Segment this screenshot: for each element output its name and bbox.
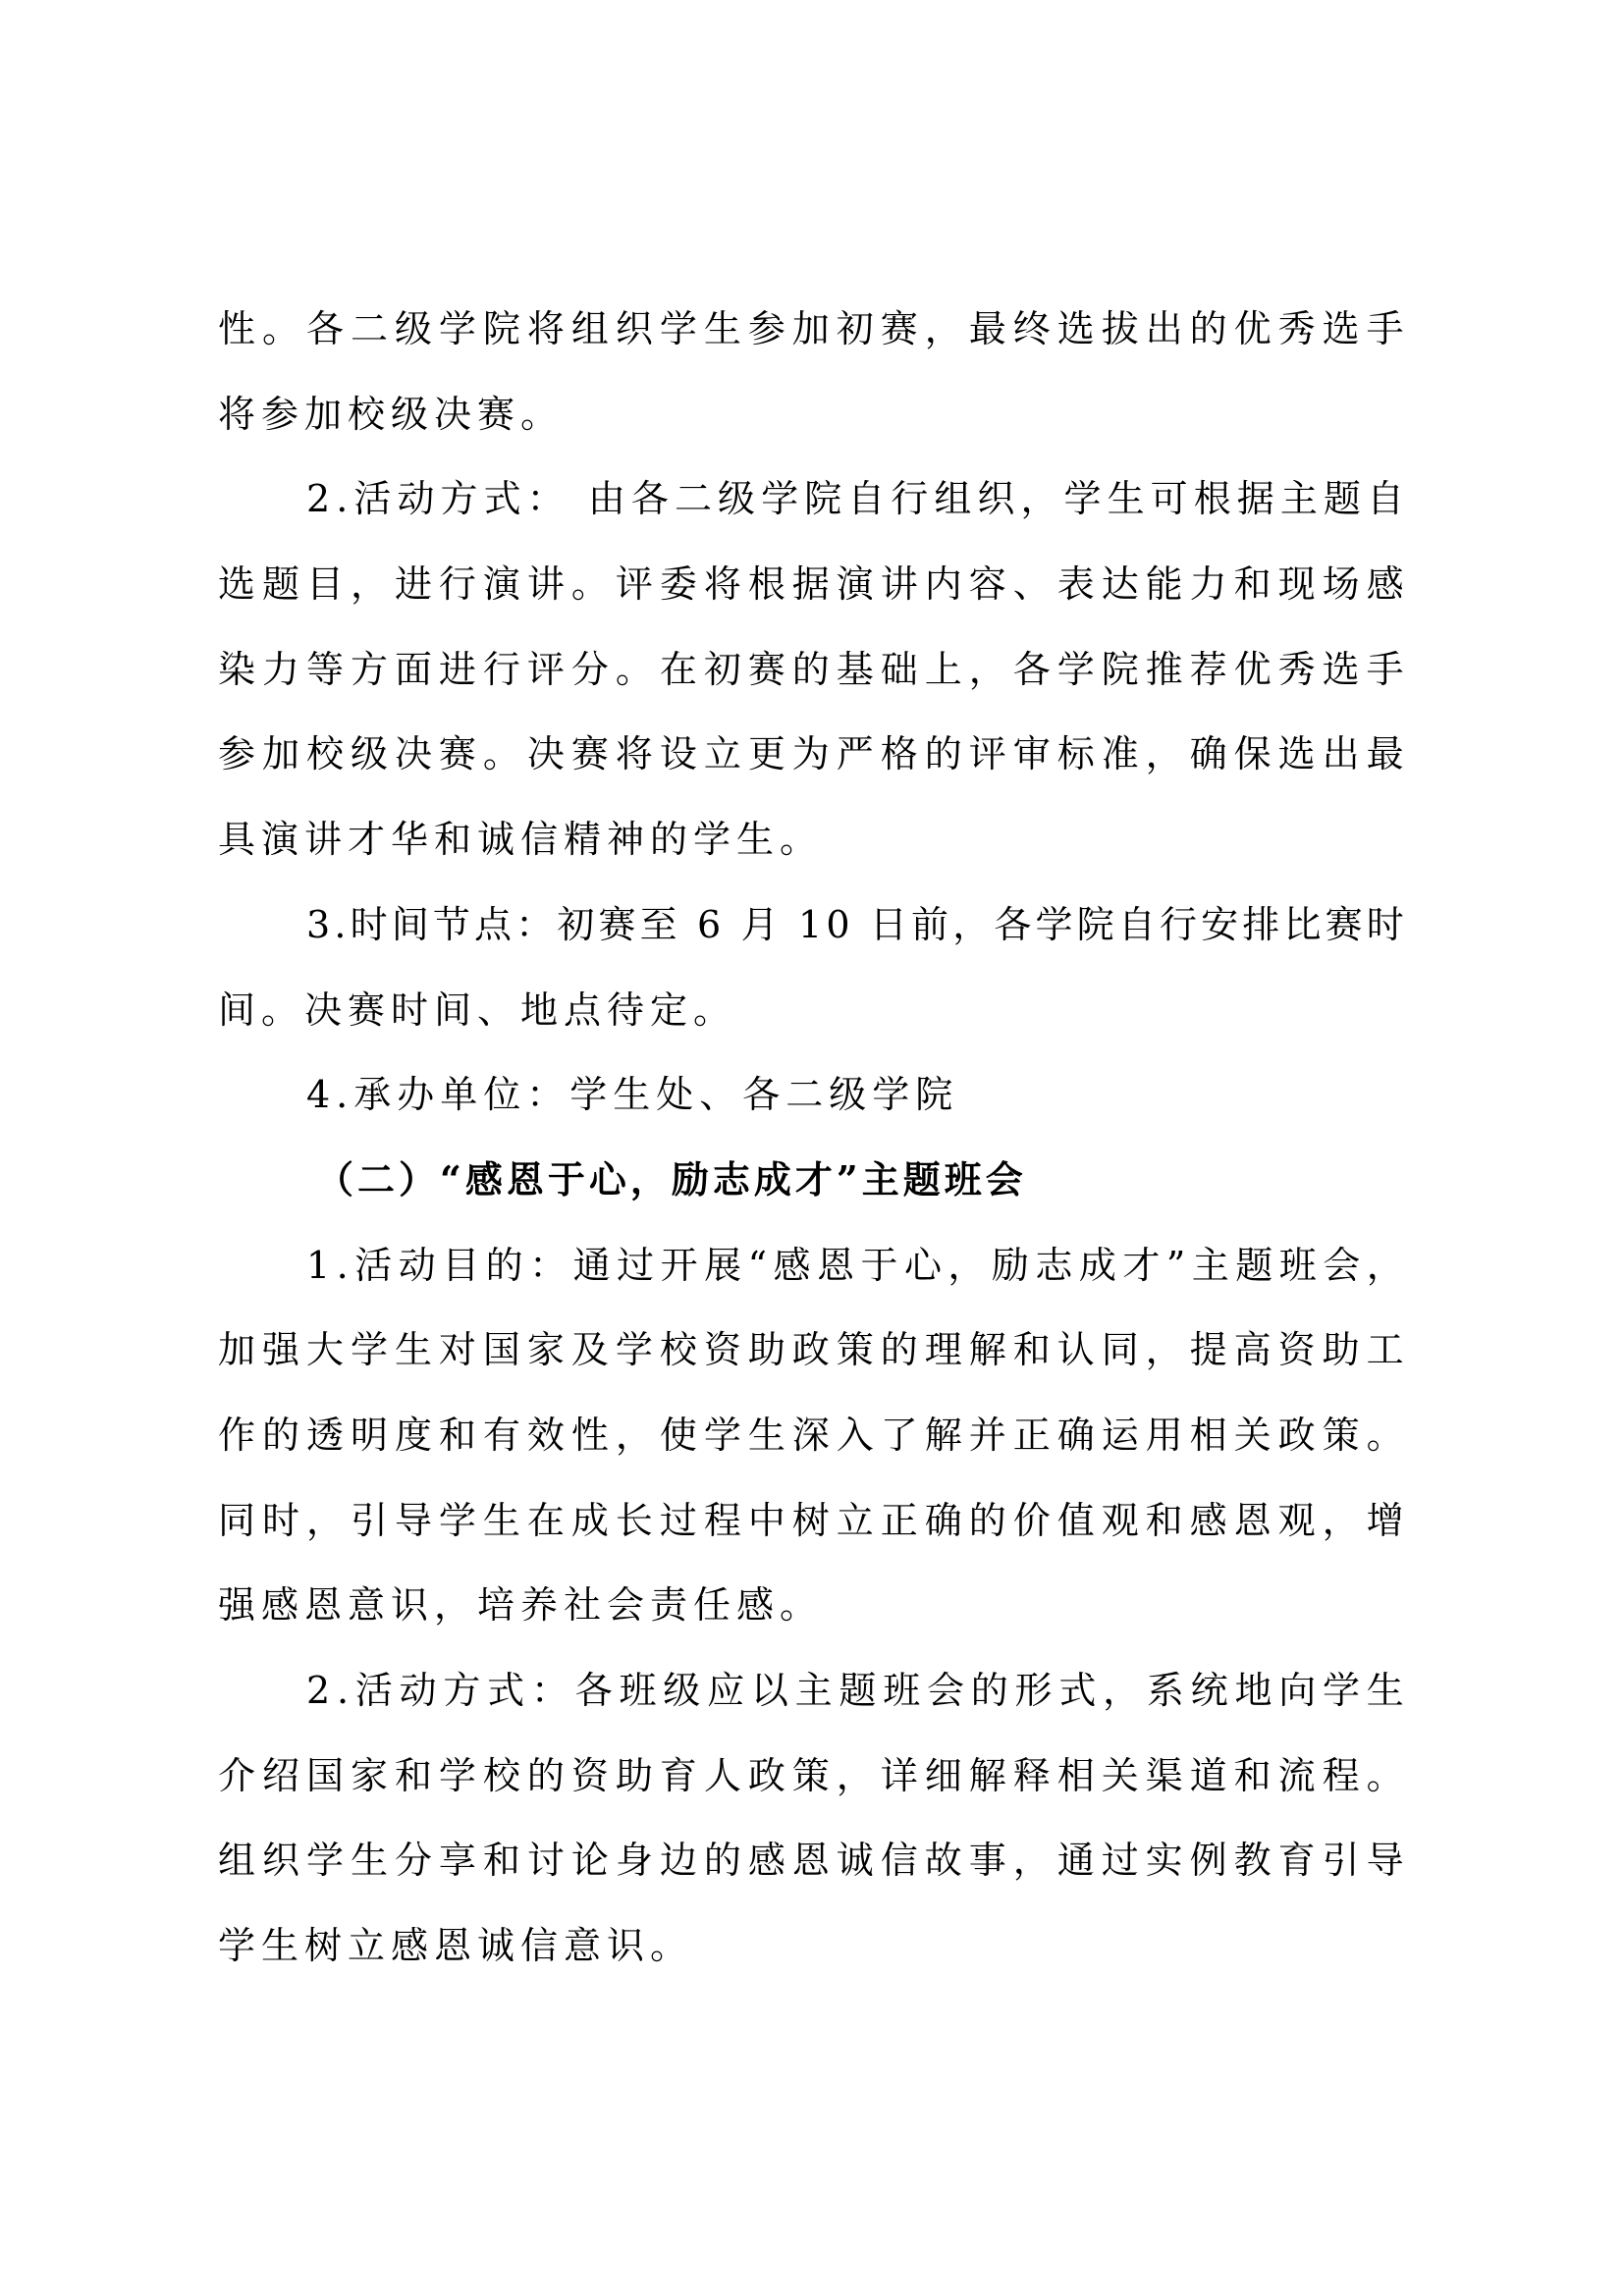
glyph: 时 [262, 1478, 299, 1564]
glyph: 基 [837, 627, 874, 713]
glyph: 级 [395, 287, 432, 372]
glyph: 。 [1367, 1393, 1404, 1478]
glyph: 将 [616, 712, 653, 797]
glyph: 演 [837, 542, 874, 627]
glyph: 初 [704, 627, 741, 713]
glyph: 至 [640, 882, 677, 968]
glyph: 引 [351, 1478, 388, 1564]
glyph: 。 [571, 542, 609, 627]
glyph: 生 [395, 1308, 432, 1393]
glyph: 同 [218, 1478, 255, 1564]
paragraph-line: 参加校级决赛。决赛将设立更为严格的评审标准，确保选出最 [218, 712, 1404, 797]
glyph: 的 [1190, 287, 1227, 372]
glyph: 成 [571, 1478, 609, 1564]
paragraph-line: 染力等方面进行评分。在初赛的基础上，各学院推荐优秀选手 [218, 627, 1404, 713]
glyph: 0 [826, 882, 849, 968]
glyph: 赛 [571, 712, 609, 797]
glyph: 立 [704, 712, 741, 797]
glyph: 学 [1323, 1648, 1360, 1734]
glyph: 力 [1190, 542, 1227, 627]
glyph [783, 882, 794, 968]
glyph: 院 [1077, 882, 1114, 968]
glyph: 学 [761, 456, 798, 542]
glyph: 在 [660, 627, 697, 713]
glyph: 解 [969, 1734, 1006, 1819]
glyph: 的 [881, 1308, 918, 1393]
glyph: 容 [969, 542, 1006, 627]
glyph: 主 [1280, 456, 1318, 542]
paragraph-line: 作的透明度和有效性，使学生深入了解并正确运用相关政策。 [218, 1393, 1404, 1478]
glyph: 讲 [881, 542, 918, 627]
glyph: 动 [400, 1648, 437, 1734]
glyph: 行 [439, 542, 476, 627]
glyph: 生 [351, 1818, 388, 1903]
glyph: 分 [571, 627, 609, 713]
glyph: 工 [1367, 1308, 1404, 1393]
glyph: 助 [1323, 1308, 1360, 1393]
glyph: 的 [527, 1734, 565, 1819]
glyph: 二 [351, 287, 388, 372]
glyph: 和 [483, 1818, 520, 1903]
glyph: 题 [1235, 1223, 1272, 1308]
glyph: 身 [616, 1818, 653, 1903]
glyph: 式 [487, 1648, 524, 1734]
glyph: 学 [439, 1734, 476, 1819]
glyph: 决 [395, 712, 432, 797]
paragraph-line: 介绍国家和学校的资助育人政策，详细解释相关渠道和流程。 [218, 1734, 1404, 1819]
glyph: 解 [969, 1308, 1006, 1393]
glyph: 最 [969, 287, 1006, 372]
glyph: 将 [527, 287, 565, 372]
glyph: 能 [1146, 542, 1183, 627]
glyph: 的 [704, 1818, 741, 1903]
glyph: 赛 [439, 712, 476, 797]
glyph: 设 [660, 712, 697, 797]
glyph: ， [306, 1478, 344, 1564]
heading-text: （二）“感恩于心，励志成才”主题班会 [316, 1157, 1027, 1201]
glyph: 秀 [1278, 287, 1316, 372]
glyph: 1 [306, 1223, 330, 1308]
glyph: 和 [1234, 1734, 1272, 1819]
glyph: 生 [483, 1478, 520, 1564]
glyph: 度 [395, 1393, 432, 1478]
glyph: 间 [392, 882, 429, 968]
glyph: 推 [1146, 627, 1183, 713]
glyph: . [334, 882, 346, 968]
glyph: 政 [748, 1734, 785, 1819]
glyph: 中 [748, 1478, 785, 1564]
glyph: 进 [439, 627, 476, 713]
glyph: 格 [881, 712, 918, 797]
glyph: 终 [1013, 287, 1051, 372]
glyph: 活 [355, 1648, 393, 1734]
glyph: 的 [969, 1478, 1006, 1564]
glyph: 前 [911, 882, 948, 968]
paragraph-line: 具演讲才华和诚信精神的学生。 [218, 797, 1404, 882]
glyph: 会 [927, 1648, 964, 1734]
glyph: 赛 [1326, 882, 1363, 968]
glyph: 详 [881, 1734, 918, 1819]
glyph: 院 [804, 456, 841, 542]
glyph: 观 [1102, 1478, 1139, 1564]
glyph: . [337, 1648, 349, 1734]
glyph: 据 [1237, 456, 1274, 542]
glyph: 讲 [527, 542, 565, 627]
glyph: 学 [351, 1308, 388, 1393]
glyph: 学 [306, 1818, 344, 1903]
glyph [570, 456, 582, 542]
glyph: 恩 [1234, 1478, 1272, 1564]
glyph: 优 [1234, 627, 1272, 713]
glyph: 荐 [1190, 627, 1227, 713]
glyph: 关 [1102, 1734, 1139, 1819]
glyph: 性 [571, 1393, 609, 1478]
glyph: 加 [218, 1308, 255, 1393]
section-heading: （二）“感恩于心，励志成才”主题班会 [218, 1138, 1404, 1223]
glyph: 助 [616, 1734, 653, 1819]
glyph: 现 [1278, 542, 1316, 627]
glyph: 引 [1323, 1818, 1360, 1903]
line-text: 学生树立感恩诚信意识。 [218, 1924, 693, 1967]
glyph: 有 [483, 1393, 520, 1478]
glyph: 生 [748, 1393, 785, 1478]
glyph: 了 [881, 1393, 918, 1478]
glyph: 性 [218, 287, 255, 372]
glyph: 最 [1367, 712, 1404, 797]
glyph: 的 [925, 712, 962, 797]
glyph: 各 [631, 456, 669, 542]
glyph: 选 [218, 542, 255, 627]
glyph: 3 [306, 882, 330, 968]
glyph: 助 [748, 1308, 785, 1393]
glyph [854, 882, 866, 968]
glyph: 主 [795, 1648, 833, 1734]
glyph: 程 [704, 1478, 741, 1564]
glyph: ： [529, 1223, 567, 1308]
glyph: 。 [483, 712, 520, 797]
paragraph-line: 间。决赛时间、地点待定。 [218, 968, 1404, 1053]
glyph: 二 [675, 456, 712, 542]
glyph: 为 [792, 712, 830, 797]
glyph: 释 [1013, 1734, 1051, 1819]
glyph: 优 [1234, 287, 1272, 372]
paragraph-line: 性。各二级学院将组织学生参加初赛，最终选拔出的优秀选手 [218, 287, 1404, 372]
glyph: . [336, 456, 348, 542]
glyph: ， [1146, 1308, 1183, 1393]
glyph: 根 [1194, 456, 1231, 542]
glyph: 边 [660, 1818, 697, 1903]
glyph: 级 [718, 456, 755, 542]
glyph: 初 [837, 287, 874, 372]
glyph: 评 [527, 627, 565, 713]
glyph: 和 [1234, 542, 1272, 627]
glyph: 校 [306, 712, 344, 797]
glyph: 上 [925, 627, 962, 713]
glyph: 导 [1367, 1818, 1404, 1903]
glyph: 场 [1323, 542, 1360, 627]
glyph: ， [969, 627, 1006, 713]
document-page: 性。各二级学院将组织学生参加初赛，最终选拔出的优秀选手 将参加校级决赛。 2.活… [0, 0, 1624, 2296]
glyph: 确 [1057, 1393, 1095, 1478]
glyph: 展 [704, 1223, 741, 1308]
glyph: 理 [925, 1308, 962, 1393]
glyph: 动 [397, 456, 434, 542]
glyph: 进 [395, 542, 432, 627]
glyph: 校 [483, 1734, 520, 1819]
glyph: 绍 [262, 1734, 299, 1819]
glyph: 决 [527, 712, 565, 797]
glyph: 通 [1057, 1818, 1095, 1903]
glyph: 政 [1278, 1393, 1316, 1478]
glyph: 形 [1015, 1648, 1053, 1734]
glyph: 组 [934, 456, 971, 542]
glyph: 标 [1057, 712, 1095, 797]
glyph: 生 [1367, 1648, 1404, 1734]
glyph: 渠 [1146, 1734, 1183, 1819]
glyph: 学 [1064, 456, 1102, 542]
glyph: 式 [1058, 1648, 1096, 1734]
glyph: 高 [1234, 1308, 1272, 1393]
line-text: 强感恩意识，培养社会责任感。 [218, 1583, 823, 1627]
glyph: 秀 [1278, 627, 1316, 713]
glyph: 的 [262, 1393, 299, 1478]
paragraph-line: 3.时间节点：初赛至 6 月 10 日前，各学院自行安排比赛时 [218, 882, 1404, 968]
glyph: 选 [1057, 287, 1095, 372]
glyph: 行 [1160, 882, 1197, 968]
glyph: 活 [353, 456, 391, 542]
glyph: 学 [704, 1393, 741, 1478]
glyph: 目 [442, 1223, 479, 1308]
glyph: ： [515, 882, 553, 968]
glyph: 并 [969, 1393, 1006, 1478]
glyph: 相 [1057, 1734, 1095, 1819]
glyph: 赛 [599, 882, 636, 968]
glyph: 织 [977, 456, 1014, 542]
paragraph-line: 同时，引导学生在成长过程中树立正确的价值观和感恩观，增 [218, 1478, 1404, 1564]
glyph: 各 [994, 882, 1031, 968]
glyph: 国 [483, 1308, 520, 1393]
glyph: 组 [218, 1818, 255, 1903]
glyph: 由 [588, 456, 625, 542]
glyph: 价 [1013, 1478, 1051, 1564]
glyph: 增 [1367, 1478, 1404, 1564]
glyph: 相 [1190, 1393, 1227, 1478]
glyph: 月 [741, 882, 779, 968]
glyph: 生 [704, 287, 741, 372]
glyph: 国 [306, 1734, 344, 1819]
glyph: 2 [306, 1648, 330, 1734]
glyph: 介 [218, 1734, 255, 1819]
glyph: 2 [306, 456, 330, 542]
glyph: 级 [351, 712, 388, 797]
glyph: 于 [860, 1223, 897, 1308]
glyph: 强 [262, 1308, 299, 1393]
glyph: 选 [1278, 712, 1316, 797]
glyph: 感 [1190, 1478, 1227, 1564]
glyph: 参 [748, 287, 785, 372]
paragraph-line: 1.活动目的：通过开展“感恩于心，励志成才”主题班会， [218, 1223, 1404, 1308]
glyph: 导 [395, 1478, 432, 1564]
glyph: 过 [1102, 1818, 1139, 1903]
glyph: ， [837, 1734, 874, 1819]
glyph: 育 [1278, 1818, 1316, 1903]
paragraph-line: 4.承办单位：学生处、各二级学院 [218, 1052, 1404, 1138]
glyph: 和 [395, 1734, 432, 1819]
glyph: 排 [1242, 882, 1279, 968]
glyph: ， [952, 882, 990, 968]
glyph: 达 [1102, 542, 1139, 627]
glyph: 生 [1108, 456, 1145, 542]
glyph: 分 [395, 1818, 432, 1903]
glyph: 感 [1367, 542, 1404, 627]
paragraph-line: 组织学生分享和讨论身边的感恩诚信故事，通过实例教育引导 [218, 1818, 1404, 1903]
glyph: . [337, 1223, 349, 1308]
glyph: 向 [1278, 1648, 1316, 1734]
glyph: 6 [697, 882, 721, 968]
glyph: 才 [1122, 1223, 1160, 1308]
glyph: ： [531, 1648, 568, 1734]
glyph: 的 [971, 1648, 1008, 1734]
glyph: 节 [433, 882, 470, 968]
glyph: 深 [792, 1393, 830, 1478]
glyph: 院 [1102, 627, 1139, 713]
glyph: 系 [1147, 1648, 1184, 1734]
glyph: ， [1020, 456, 1057, 542]
glyph: 学 [660, 287, 697, 372]
glyph: 道 [1190, 1734, 1227, 1819]
glyph: 恩 [792, 1818, 830, 1903]
glyph: 策 [792, 1734, 830, 1819]
glyph: 享 [439, 1818, 476, 1903]
glyph: 。 [616, 627, 653, 713]
glyph: ， [1323, 1478, 1360, 1564]
glyph: 自 [847, 456, 885, 542]
glyph: 教 [1234, 1818, 1272, 1903]
glyph: 诚 [837, 1818, 874, 1903]
glyph: ， [616, 1393, 653, 1478]
glyph [681, 882, 693, 968]
glyph: 严 [837, 712, 874, 797]
glyph: 演 [483, 542, 520, 627]
glyph: 关 [1234, 1393, 1272, 1478]
glyph: 表 [1057, 542, 1095, 627]
glyph: 方 [441, 456, 478, 542]
glyph: 组 [571, 287, 609, 372]
glyph: 明 [351, 1393, 388, 1478]
glyph: 更 [748, 712, 785, 797]
glyph: 策 [1323, 1393, 1360, 1478]
glyph: 观 [1278, 1478, 1316, 1564]
glyph: 程 [1323, 1734, 1360, 1819]
glyph: 入 [837, 1393, 874, 1478]
glyph: 细 [925, 1734, 962, 1819]
glyph: 和 [1013, 1308, 1051, 1393]
glyph: 家 [351, 1734, 388, 1819]
glyph: 大 [306, 1308, 344, 1393]
glyph [725, 882, 736, 968]
glyph: 时 [1367, 882, 1404, 968]
glyph: 的 [792, 627, 830, 713]
glyph: ， [1146, 712, 1183, 797]
glyph: 通 [573, 1223, 611, 1308]
glyph: 题 [839, 1648, 876, 1734]
glyph: 保 [1234, 712, 1272, 797]
glyph: 以 [751, 1648, 788, 1734]
glyph: 拔 [1102, 287, 1139, 372]
paragraph-line: 选题目，进行演讲。评委将根据演讲内容、表达能力和现场感 [218, 542, 1404, 627]
glyph: 学 [616, 1308, 653, 1393]
glyph: 手 [1367, 287, 1404, 372]
glyph: 解 [925, 1393, 962, 1478]
glyph: 1 [798, 882, 822, 968]
glyph: 评 [616, 542, 653, 627]
glyph: 立 [837, 1478, 874, 1564]
glyph: 信 [881, 1818, 918, 1903]
glyph: 赛 [748, 627, 785, 713]
glyph: 目 [306, 542, 344, 627]
glyph: “ [748, 1223, 767, 1308]
glyph: 式 [484, 456, 521, 542]
glyph: 出 [1146, 287, 1183, 372]
glyph: 根 [748, 542, 785, 627]
glyph: 审 [1013, 712, 1051, 797]
glyph: ， [1013, 1818, 1051, 1903]
glyph: 实 [1146, 1818, 1183, 1903]
glyph: 学 [1036, 882, 1073, 968]
glyph: 和 [439, 1393, 476, 1478]
glyph: 加 [262, 712, 299, 797]
glyph: 题 [1324, 456, 1361, 542]
glyph: 将 [704, 542, 741, 627]
glyph: 各 [1013, 627, 1051, 713]
glyph: 会 [1323, 1223, 1360, 1308]
glyph: 出 [1323, 712, 1360, 797]
document-body: 性。各二级学院将组织学生参加初赛，最终选拔出的优秀选手 将参加校级决赛。 2.活… [218, 287, 1404, 1989]
glyph: 评 [969, 712, 1006, 797]
glyph: 故 [925, 1818, 962, 1903]
glyph: 等 [306, 627, 344, 713]
glyph: 过 [617, 1223, 654, 1308]
line-text: 4.承办单位：学生处、各二级学院 [306, 1073, 958, 1116]
glyph: 参 [218, 712, 255, 797]
glyph: 统 [1191, 1648, 1228, 1734]
glyph: 流 [1278, 1734, 1316, 1819]
glyph: 对 [439, 1308, 476, 1393]
glyph: 。 [262, 287, 299, 372]
glyph: 长 [616, 1478, 653, 1564]
glyph: 主 [1192, 1223, 1229, 1308]
glyph: 提 [1190, 1308, 1227, 1393]
glyph: 效 [527, 1393, 565, 1478]
glyph: 和 [1146, 1478, 1183, 1564]
paragraph-line: 2.活动方式： 由各二级学院自行组织，学生可根据主题自 [218, 456, 1404, 542]
glyph: 比 [1283, 882, 1321, 968]
glyph: 方 [351, 627, 388, 713]
glyph: 例 [1190, 1818, 1227, 1903]
glyph: 政 [792, 1308, 830, 1393]
glyph: 人 [704, 1734, 741, 1819]
glyph: 手 [1367, 627, 1404, 713]
glyph: 安 [1201, 882, 1238, 968]
glyph: 事 [969, 1818, 1006, 1903]
glyph: 使 [660, 1393, 697, 1478]
glyph: 础 [881, 627, 918, 713]
glyph: 透 [306, 1393, 344, 1478]
glyph: 。 [1367, 1734, 1404, 1819]
paragraph-line: 强感恩意识，培养社会责任感。 [218, 1563, 1404, 1648]
glyph: 正 [1013, 1393, 1051, 1478]
glyph: ： [527, 456, 565, 542]
